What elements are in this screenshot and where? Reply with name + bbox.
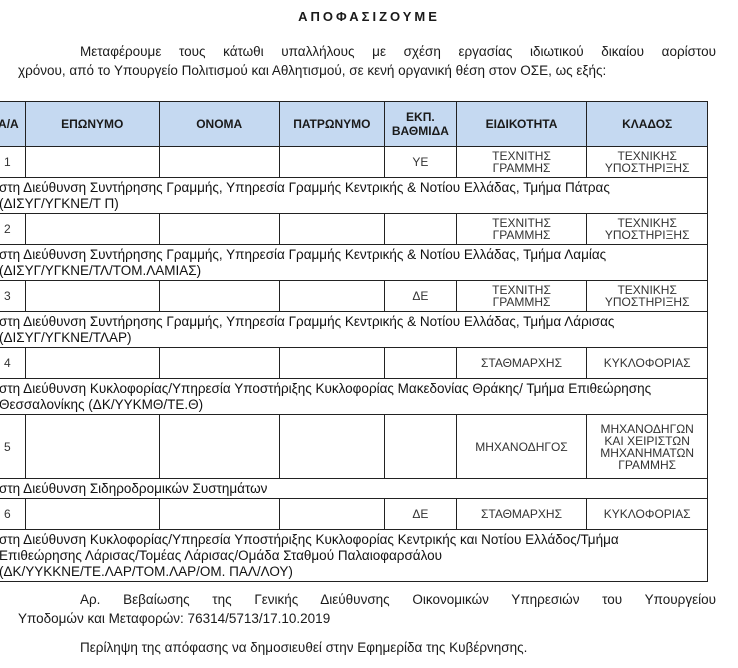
cell-patronymic bbox=[279, 415, 384, 479]
cell-name bbox=[159, 348, 279, 379]
description-row: στη Διεύθυνση Κυκλοφορίας/Υπηρεσία Υποστ… bbox=[0, 530, 708, 582]
cell-branch: ΤΕΧΝΙΚΗΣΥΠΟΣΤΗΡΙΞΗΣ bbox=[587, 147, 708, 178]
placement-description: στη Διεύθυνση Κυκλοφορίας/Υπηρεσία Υποστ… bbox=[0, 530, 708, 582]
branch-line-1: ΚΥΚΛΟΦΟΡΙΑΣ bbox=[604, 356, 691, 370]
placement-line-2: (ΔΙΣΥΓ/ΥΓΚΝΕ/ΤΛΑΡ) bbox=[0, 330, 132, 345]
cell-surname bbox=[25, 281, 159, 312]
header-education-l2: ΒΑΘΜΙΔΑ bbox=[392, 124, 449, 138]
description-row: στη Διεύθυνση Συντήρησης Γραμμής, Υπηρεσ… bbox=[0, 178, 708, 214]
certification-line-2: Υποδομών και Μεταφορών: 76314/5713/17.10… bbox=[18, 609, 716, 628]
header-education-l1: ΕΚΠ. bbox=[406, 110, 435, 124]
description-row: στη Διεύθυνση Κυκλοφορίας/Υπηρεσία Υποστ… bbox=[0, 379, 708, 415]
transfer-table: Α/Α ΕΠΩΝΥΜΟ ΟΝΟΜΑ ΠΑΤΡΩΝΥΜΟ ΕΚΠ. ΒΑΘΜΙΔΑ… bbox=[0, 101, 708, 582]
specialty-line-1: ΣΤΑΘΜΑΡΧΗΣ bbox=[481, 356, 562, 370]
header-branch: ΚΛΑΔΟΣ bbox=[587, 102, 708, 147]
cell-surname bbox=[25, 499, 159, 530]
cell-aa: 4 bbox=[0, 348, 25, 379]
cell-education-level bbox=[385, 214, 457, 245]
specialty-line-1: ΜΗΧΑΝΟΔΗΓΟΣ bbox=[475, 440, 567, 454]
branch-line-2: ΥΠΟΣΤΗΡΙΞΗΣ bbox=[605, 228, 690, 242]
placement-description: στη Διεύθυνση Κυκλοφορίας/Υπηρεσία Υποστ… bbox=[0, 379, 708, 415]
cell-education-level: ΔΕ bbox=[385, 281, 457, 312]
header-education-level: ΕΚΠ. ΒΑΘΜΙΔΑ bbox=[385, 102, 457, 147]
specialty-line-1: ΣΤΑΘΜΑΡΧΗΣ bbox=[481, 507, 562, 521]
placement-line-1: στη Διεύθυνση Σιδηροδρομικών Συστημάτων bbox=[0, 481, 267, 496]
cell-education-level bbox=[385, 348, 457, 379]
header-aa: Α/Α bbox=[0, 102, 25, 147]
cell-specialty: ΣΤΑΘΜΑΡΧΗΣ bbox=[456, 499, 587, 530]
cell-surname bbox=[25, 415, 159, 479]
cell-education-level bbox=[385, 415, 457, 479]
header-specialty: ΕΙΔΙΚΟΤΗΤΑ bbox=[456, 102, 587, 147]
placement-description: στη Διεύθυνση Συντήρησης Γραμμής, Υπηρεσ… bbox=[0, 178, 708, 214]
cell-name bbox=[159, 214, 279, 245]
placement-line-3: (ΔΚ/ΥΥΚΚΝΕ/ΤΕ.ΛΑΡ/ΤΟΜ.ΛΑΡ/ΟΜ. ΠΑΛ/ΛΟΥ) bbox=[0, 564, 293, 579]
table-row: 3ΔΕΤΕΧΝΙΤΗΣΓΡΑΜΜΗΣΤΕΧΝΙΚΗΣΥΠΟΣΤΗΡΙΞΗΣ bbox=[0, 281, 708, 312]
cell-specialty: ΤΕΧΝΙΤΗΣΓΡΑΜΜΗΣ bbox=[456, 214, 587, 245]
cell-branch: ΤΕΧΝΙΚΗΣΥΠΟΣΤΗΡΙΞΗΣ bbox=[587, 281, 708, 312]
branch-line-1: ΚΥΚΛΟΦΟΡΙΑΣ bbox=[604, 507, 691, 521]
table-row: 5ΜΗΧΑΝΟΔΗΓΟΣΜΗΧΑΝΟΔΗΓΩΝΚΑΙ ΧΕΙΡΙΣΤΩΝΜΗΧΑ… bbox=[0, 415, 708, 479]
intro-paragraph: Μεταφέρουμε τους κάτωθι υπαλλήλους με σχ… bbox=[18, 42, 716, 80]
table-header-row: Α/Α ΕΠΩΝΥΜΟ ΟΝΟΜΑ ΠΑΤΡΩΝΥΜΟ ΕΚΠ. ΒΑΘΜΙΔΑ… bbox=[0, 102, 708, 147]
cell-specialty: ΜΗΧΑΝΟΔΗΓΟΣ bbox=[456, 415, 587, 479]
placement-line-1: στη Διεύθυνση Συντήρησης Γραμμής, Υπηρεσ… bbox=[0, 314, 614, 329]
table-row: 4ΣΤΑΘΜΑΡΧΗΣΚΥΚΛΟΦΟΡΙΑΣ bbox=[0, 348, 708, 379]
description-row: στη Διεύθυνση Συντήρησης Γραμμής, Υπηρεσ… bbox=[0, 245, 708, 281]
cell-branch: ΚΥΚΛΟΦΟΡΙΑΣ bbox=[587, 499, 708, 530]
placement-line-2: (ΔΙΣΥΓ/ΥΓΚΝΕ/Τ Π) bbox=[0, 196, 119, 211]
certification-line-1: Αρ. Βεβαίωσης της Γενικής Διεύθυνσης Οικ… bbox=[18, 590, 716, 609]
cell-aa: 1 bbox=[0, 147, 25, 178]
placement-line-2: Επιθεώρησης Λάρισας/Τομέας Λάρισας/Ομάδα… bbox=[0, 548, 442, 563]
header-name: ΟΝΟΜΑ bbox=[159, 102, 279, 147]
cell-branch: ΚΥΚΛΟΦΟΡΙΑΣ bbox=[587, 348, 708, 379]
cell-aa: 2 bbox=[0, 214, 25, 245]
cell-surname bbox=[25, 348, 159, 379]
branch-line-2: ΥΠΟΣΤΗΡΙΞΗΣ bbox=[605, 161, 690, 175]
specialty-line-2: ΓΡΑΜΜΗΣ bbox=[493, 228, 551, 242]
table-row: 6ΔΕΣΤΑΘΜΑΡΧΗΣΚΥΚΛΟΦΟΡΙΑΣ bbox=[0, 499, 708, 530]
cell-patronymic bbox=[279, 214, 384, 245]
cell-patronymic bbox=[279, 147, 384, 178]
certification-paragraph: Αρ. Βεβαίωσης της Γενικής Διεύθυνσης Οικ… bbox=[18, 590, 716, 628]
cell-branch: ΜΗΧΑΝΟΔΗΓΩΝΚΑΙ ΧΕΙΡΙΣΤΩΝΜΗΧΑΝΗΜΑΤΩΝΓΡΑΜΜ… bbox=[587, 415, 708, 479]
cell-aa: 5 bbox=[0, 415, 25, 479]
cell-name bbox=[159, 147, 279, 178]
intro-line-2: χρόνου, από το Υπουργείο Πολιτισμού και … bbox=[18, 61, 716, 80]
placement-line-2: (ΔΙΣΥΓ/ΥΓΚΝΕ/ΤΛ/ΤΟΜ.ΛΑΜΙΑΣ) bbox=[0, 263, 201, 278]
cell-branch: ΤΕΧΝΙΚΗΣΥΠΟΣΤΗΡΙΞΗΣ bbox=[587, 214, 708, 245]
cell-specialty: ΤΕΧΝΙΤΗΣΓΡΑΜΜΗΣ bbox=[456, 147, 587, 178]
cell-surname bbox=[25, 214, 159, 245]
cell-patronymic bbox=[279, 281, 384, 312]
cell-patronymic bbox=[279, 348, 384, 379]
placement-description: στη Διεύθυνση Συντήρησης Γραμμής, Υπηρεσ… bbox=[0, 312, 708, 348]
cell-name bbox=[159, 499, 279, 530]
cell-surname bbox=[25, 147, 159, 178]
description-row: στη Διεύθυνση Σιδηροδρομικών Συστημάτων bbox=[0, 479, 708, 499]
intro-line-1: Μεταφέρουμε τους κάτωθι υπαλλήλους με σχ… bbox=[18, 42, 716, 61]
placement-line-1: στη Διεύθυνση Κυκλοφορίας/Υπηρεσία Υποστ… bbox=[0, 381, 651, 396]
placement-description: στη Διεύθυνση Συντήρησης Γραμμής, Υπηρεσ… bbox=[0, 245, 708, 281]
cell-aa: 6 bbox=[0, 499, 25, 530]
branch-line-2: ΥΠΟΣΤΗΡΙΞΗΣ bbox=[605, 295, 690, 309]
description-row: στη Διεύθυνση Συντήρησης Γραμμής, Υπηρεσ… bbox=[0, 312, 708, 348]
table-row: 1ΥΕΤΕΧΝΙΤΗΣΓΡΑΜΜΗΣΤΕΧΝΙΚΗΣΥΠΟΣΤΗΡΙΞΗΣ bbox=[0, 147, 708, 178]
branch-line: ΓΡΑΜΜΗΣ bbox=[618, 458, 676, 472]
decision-title: ΑΠΟΦΑΣΙΖΟΥΜΕ bbox=[0, 9, 738, 24]
cell-aa: 3 bbox=[0, 281, 25, 312]
cell-name bbox=[159, 415, 279, 479]
publication-note: Περίληψη της απόφασης να δημοσιευθεί στη… bbox=[80, 638, 720, 657]
table-row: 2ΤΕΧΝΙΤΗΣΓΡΑΜΜΗΣΤΕΧΝΙΚΗΣΥΠΟΣΤΗΡΙΞΗΣ bbox=[0, 214, 708, 245]
placement-line-2: Θεσσαλονίκης (ΔΚ/ΥΥΚΜΘ/ΤΕ.Θ) bbox=[0, 397, 203, 412]
cell-specialty: ΣΤΑΘΜΑΡΧΗΣ bbox=[456, 348, 587, 379]
specialty-line-2: ΓΡΑΜΜΗΣ bbox=[493, 295, 551, 309]
placement-line-1: στη Διεύθυνση Κυκλοφορίας/Υπηρεσία Υποστ… bbox=[0, 532, 619, 547]
header-surname: ΕΠΩΝΥΜΟ bbox=[25, 102, 159, 147]
cell-specialty: ΤΕΧΝΙΤΗΣΓΡΑΜΜΗΣ bbox=[456, 281, 587, 312]
cell-education-level: ΥΕ bbox=[385, 147, 457, 178]
placement-description: στη Διεύθυνση Σιδηροδρομικών Συστημάτων bbox=[0, 479, 708, 499]
specialty-line-2: ΓΡΑΜΜΗΣ bbox=[493, 161, 551, 175]
placement-line-1: στη Διεύθυνση Συντήρησης Γραμμής, Υπηρεσ… bbox=[0, 247, 606, 262]
header-patronymic: ΠΑΤΡΩΝΥΜΟ bbox=[279, 102, 384, 147]
cell-education-level: ΔΕ bbox=[385, 499, 457, 530]
cell-name bbox=[159, 281, 279, 312]
cell-patronymic bbox=[279, 499, 384, 530]
placement-line-1: στη Διεύθυνση Συντήρησης Γραμμής, Υπηρεσ… bbox=[0, 180, 610, 195]
